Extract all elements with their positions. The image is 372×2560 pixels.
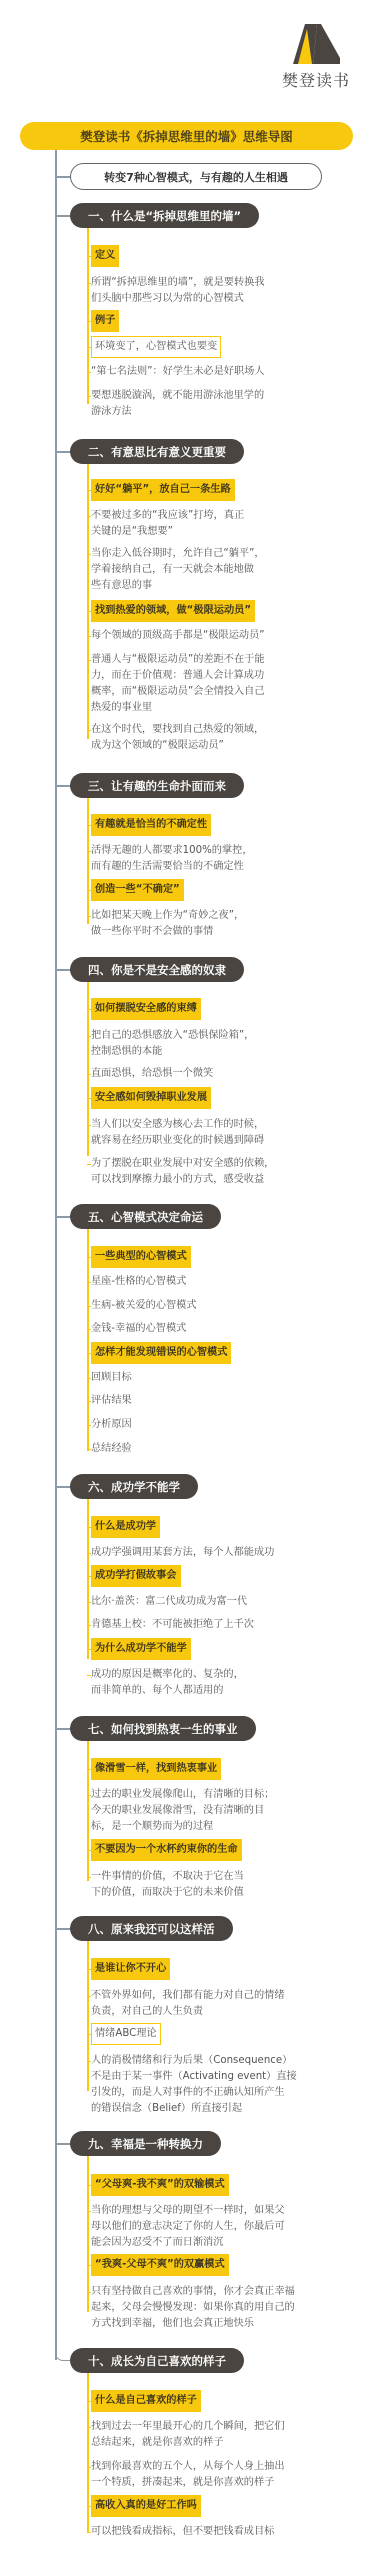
section-5-item-3: 生病-被关爱的心智模式 <box>91 1298 197 1314</box>
section-3-branch-line <box>87 798 89 924</box>
section-5-item-7: 评估结果 <box>91 1393 132 1409</box>
section-4-item-5: 当人们以安全感为核心去工作的时候， 就容易在经历职业变化的时候遇到障碍 <box>91 1117 264 1149</box>
section-6-item-1: 什么是成功学 <box>91 1516 160 1538</box>
section-2-item-1: 好好“躺平”，放自己一条生路 <box>91 479 235 501</box>
section-4-item-2: 把自己的恐惧感放入“恐惧保险箱”， 控制恐惧的本能 <box>91 1028 254 1060</box>
section-5-item-9: 总结经验 <box>91 1441 132 1457</box>
section-9-branch-line <box>87 2156 89 2312</box>
section-5-item-6: 回顾目标 <box>91 1370 132 1386</box>
section-5-header: 五、心智模式决定命运 <box>70 1204 221 1229</box>
branch-connector <box>56 969 71 971</box>
section-10-branch-line <box>87 2373 89 2533</box>
section-8-branch-line <box>87 1941 89 2091</box>
section-6-item-3: 成功学打假故事会 <box>91 1565 181 1587</box>
section-7-item-3: 不要因为一个水杯约束你的生命 <box>91 1839 242 1861</box>
section-8-header: 八、原来我还可以这样活 <box>70 1916 233 1941</box>
section-7-item-2: 过去的职业发展像爬山，有清晰的目标； 今天的职业发展像滑雪，没有清晰的目 标，是… <box>91 1787 274 1835</box>
book-logo-icon <box>288 20 342 66</box>
section-1-item-3: 例子 <box>91 310 119 332</box>
section-1-item-4: 环境变了，心智模式也要变 <box>91 336 221 358</box>
section-5-item-2: 星座-性格的心智模式 <box>91 1274 186 1290</box>
section-2-item-5: 每个领域的顶级高手都是“极限运动员” <box>91 628 265 644</box>
section-2-item-6: 普通人与“极限运动员”的差距不在于能 力，而在于价值观：普通人会计算成功 概率，… <box>91 652 265 716</box>
section-2-item-4: 找到热爱的领域，做“极限运动员” <box>91 600 255 622</box>
section-2-branch-line <box>87 464 89 739</box>
section-5-branch-line <box>87 1229 89 1451</box>
section-6-item-7: 成功的原因是概率化的、复杂的， 而非简单的、每个人都适用的 <box>91 1667 244 1699</box>
section-4-item-4: 安全感如何毁掉职业发展 <box>91 1087 211 1109</box>
section-8-item-4: 人的消极情绪和行为后果（Consequence） 不是由于某一事件（Activa… <box>91 2053 297 2117</box>
section-1-item-2: 所谓“拆掉思维里的墙”，就是要转换我 们头脑中那些习以为常的心智模式 <box>91 275 265 307</box>
section-4-header: 四、你是不是安全感的奴隶 <box>70 957 244 982</box>
section-9-item-1: “父母爽-我不爽”的双输模式 <box>91 2174 229 2196</box>
branch-connector <box>56 215 71 217</box>
brand-name: 樊登读书 <box>280 68 352 91</box>
branch-connector <box>56 1928 71 1930</box>
mindmap-title: 樊登读书《拆掉思维里的墙》思维导图 <box>20 122 353 150</box>
section-3-item-2: 活得无趣的人都要求100%的掌控， 而有趣的生活需要恰当的不确定性 <box>91 843 253 875</box>
section-3-item-4: 比如把某天晚上作为“奇妙之夜”， 做一些你平时不会做的事情 <box>91 908 244 940</box>
section-9-item-4: 只有坚持做自己喜欢的事情，你才会真正幸福 起来，父母会慢慢发现：如果你真的用自己… <box>91 2284 295 2332</box>
section-10-header: 十、成长为自己喜欢的样子 <box>70 2348 244 2373</box>
section-10-item-5: 可以把钱看成指标，但不要把钱看成目标 <box>91 2524 274 2540</box>
branch-connector <box>56 1728 71 1730</box>
mindmap-subtitle: 转变7种心智模式，与有趣的人生相遇 <box>70 163 322 190</box>
section-8-item-3: 情绪ABC理论 <box>91 2023 161 2045</box>
section-1-item-6: 要想逃脱漩涡，就不能用游泳池里学的 游泳方法 <box>91 388 264 420</box>
section-2-item-3: 当你走入低谷期时，允许自己“躺平”， 学着接纳自己，有一天就会本能地做 些有意思… <box>91 546 265 594</box>
section-4-item-6: 为了摆脱在职业发展中对安全感的依赖， 可以找到摩擦力最小的方式，感受收益 <box>91 1156 274 1188</box>
section-9-header: 九、幸福是一种转换力 <box>70 2131 221 2156</box>
section-5-item-8: 分析原因 <box>91 1417 132 1433</box>
section-5-item-1: 一些典型的心智模式 <box>91 1246 191 1268</box>
section-1-branch-line <box>87 228 89 404</box>
section-1-header: 一、什么是“拆掉思维里的墙” <box>70 203 259 228</box>
section-7-header: 七、如何找到热衷一生的事业 <box>70 1716 256 1741</box>
branch-connector <box>56 1486 71 1488</box>
section-10-item-2: 找到过去一年里最开心的几个瞬间，把它们 总结起来，就是你喜欢的样子 <box>91 2419 285 2451</box>
branch-connector <box>56 176 71 178</box>
branch-connector <box>56 2143 71 2145</box>
section-6-item-4: 比尔·盖茨：富二代成功成为富一代 <box>91 1594 247 1610</box>
section-3-header: 三、让有趣的生命扑面而来 <box>70 773 244 798</box>
section-1-item-5: “第七名法则”：好学生未必是好职场人 <box>91 364 265 380</box>
section-8-item-1: 是谁让你不开心 <box>91 1958 170 1980</box>
section-4-item-1: 如何摆脱安全感的束缚 <box>91 998 201 1020</box>
section-10-item-3: 找到你最喜欢的五个人，从每个人身上抽出 一个特质，拼凑起来，就是你喜欢的样子 <box>91 2459 285 2491</box>
section-5-item-4: 金钱-幸福的心智模式 <box>91 1321 186 1337</box>
section-5-item-5: 怎样才能发现错误的心智模式 <box>91 1342 231 1364</box>
section-10-item-4: 高收入真的是好工作吗 <box>91 2495 201 2517</box>
brand-logo: 樊登读书 <box>280 20 350 92</box>
section-6-item-2: 成功学强调用某套方法，每个人都能成功 <box>91 1545 274 1561</box>
trunk-line <box>55 150 57 2360</box>
section-6-branch-line <box>87 1499 89 1659</box>
section-3-item-1: 有趣就是恰当的不确定性 <box>91 814 211 836</box>
section-6-header: 六、成功学不能学 <box>70 1474 198 1499</box>
branch-connector <box>56 1216 71 1218</box>
section-9-item-3: “我爽-父母不爽”的双赢模式 <box>91 2254 229 2276</box>
section-8-item-2: 不管外界如何，我们都有能力对自己的情绪 负责，对自己的人生负责 <box>91 1988 285 2020</box>
section-2-header: 二、有意思比有意义更重要 <box>70 439 244 464</box>
section-9-item-2: 当你的理想与父母的期望不一样时，如果父 母以他们的意志决定了你的人生，你最后可 … <box>91 2203 285 2251</box>
section-2-item-2: 不要被过多的“我应该”打垮，真正 关键的是“我想要” <box>91 508 244 540</box>
section-7-item-4: 一件事情的价值，不取决于它在当 下的价值，而取决于它的未来价值 <box>91 1869 244 1901</box>
section-10-item-1: 什么是自己喜欢的样子 <box>91 2390 201 2412</box>
section-2-item-7: 在这个时代，要找到自己热爱的领域， 成为这个领域的“极限运动员” <box>91 722 264 754</box>
branch-connector <box>56 451 71 453</box>
branch-connector <box>56 785 71 787</box>
section-3-item-3: 创造一些“不确定” <box>91 879 184 901</box>
section-7-item-1: 像滑雪一样，找到热衷事业 <box>91 1758 221 1780</box>
section-4-item-3: 直面恐惧，给恐惧一个微笑 <box>91 1066 213 1082</box>
section-1-item-1: 定义 <box>91 245 119 267</box>
section-6-item-6: 为什么成功学不能学 <box>91 1638 191 1660</box>
section-6-item-5: 肯德基上校：不可能被拒绝了上千次 <box>91 1617 254 1633</box>
section-7-branch-line <box>87 1741 89 1881</box>
